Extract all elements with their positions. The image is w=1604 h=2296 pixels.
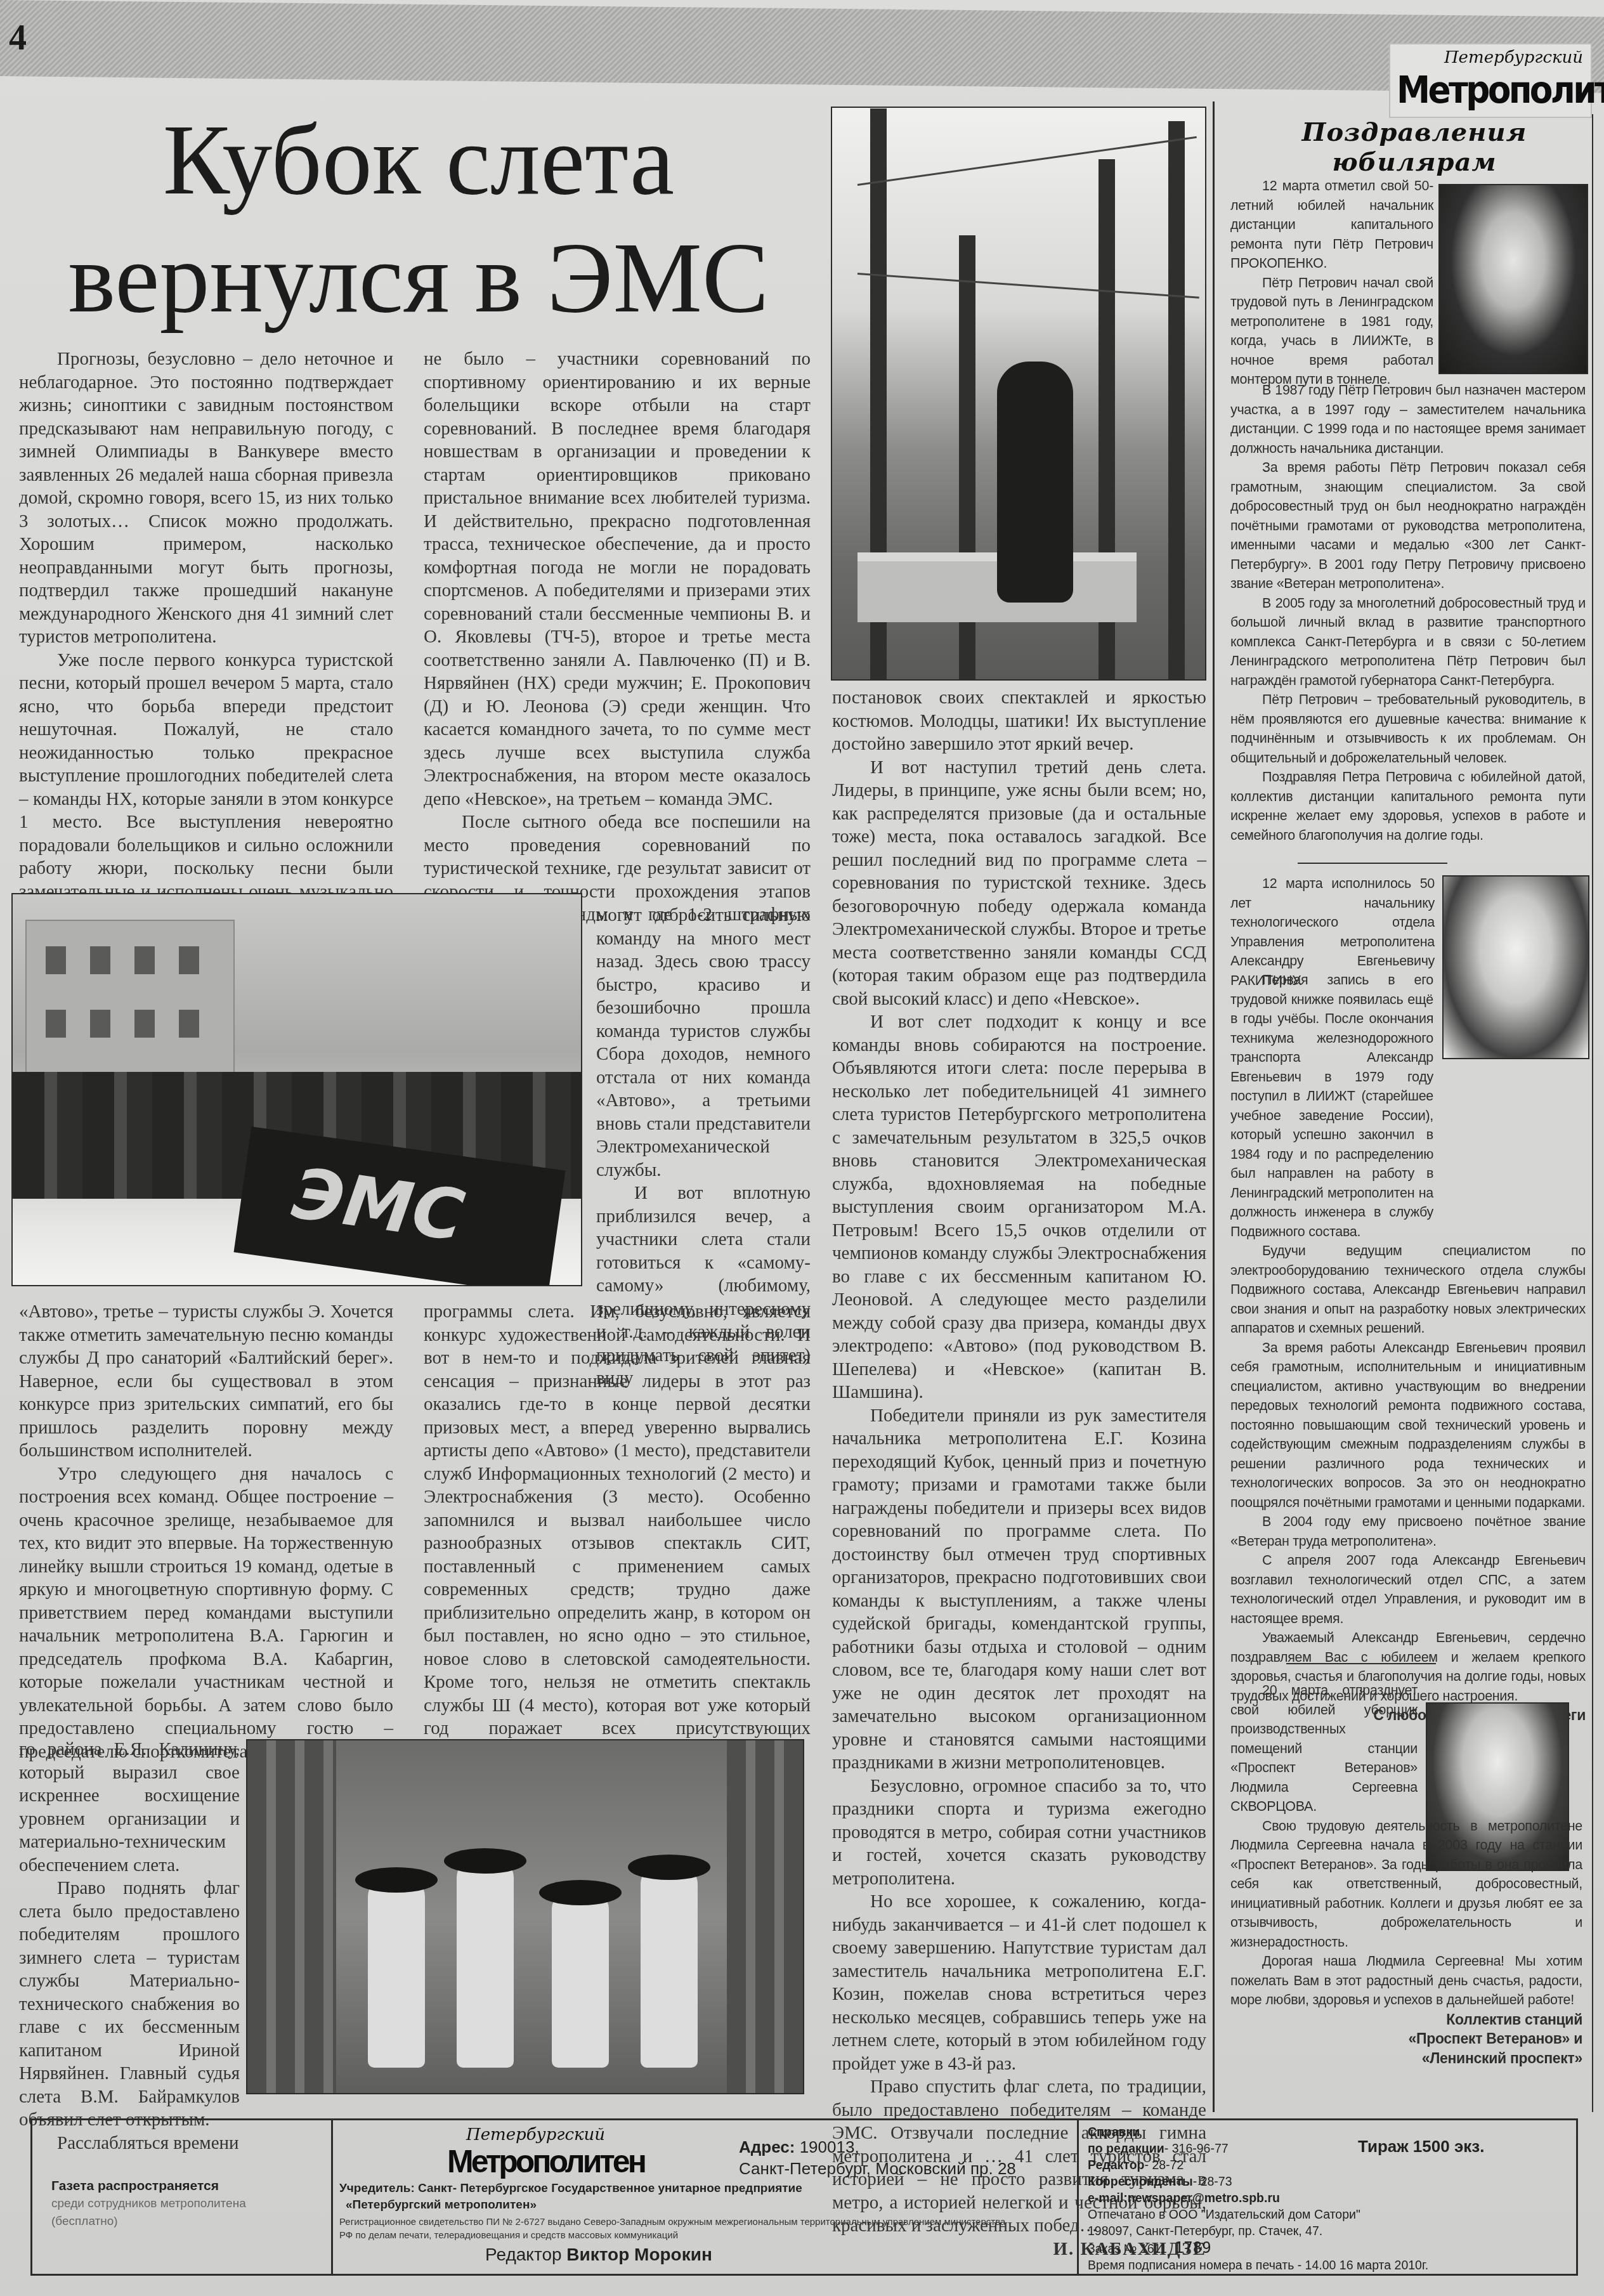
paragraph: Безусловно, огромное спасибо за то, что … bbox=[832, 1775, 1206, 1891]
greeting-separator bbox=[1286, 1663, 1436, 1664]
article-column-2-mid: программы слета. Им, безусловно, являетс… bbox=[424, 1300, 811, 1763]
registration: Регистрационное свидетельство ПИ № 2-672… bbox=[339, 2215, 1069, 2242]
article-column-1-top: Прогнозы, безусловно – дело неточное и н… bbox=[19, 348, 393, 949]
portrait-prokopenko bbox=[1438, 184, 1588, 374]
editor: Редактор Виктор Морокин bbox=[485, 2245, 712, 2265]
sidebar-right-border bbox=[1592, 114, 1593, 2112]
paragraph: В 1987 году Пётр Петрович был назначен м… bbox=[1230, 381, 1586, 458]
headline-line-1: Кубок слета bbox=[13, 101, 825, 219]
page-number: 4 bbox=[9, 18, 27, 58]
article-column-1-mid: «Автово», третье – туристы службы Э. Хоч… bbox=[19, 1300, 393, 1763]
paragraph: В 2004 году ему присвоено почётное звани… bbox=[1230, 1512, 1586, 1551]
article-headline: Кубок слета вернулся в ЭМС bbox=[13, 101, 825, 337]
logo-main: Метрополитен bbox=[1397, 68, 1604, 112]
team-photo: ЭМС bbox=[11, 893, 582, 1286]
paragraph: В 2005 году за многолетний добросовестны… bbox=[1230, 594, 1586, 691]
climber-figure bbox=[997, 362, 1073, 603]
greeting-signature-1: Коллектив станций bbox=[1230, 2010, 1582, 2030]
handwritten-number: 1789 bbox=[1175, 2239, 1211, 2257]
paragraph: Утро следующего дня началось с построени… bbox=[19, 1463, 393, 1764]
ropes-course-photo bbox=[831, 107, 1206, 681]
greeting-1-body: В 1987 году Пётр Петрович был назначен м… bbox=[1230, 381, 1586, 845]
paragraph: Победители приняли из рук заместителя на… bbox=[832, 1404, 1206, 1775]
paragraph: могут отбросить сильную команду на много… bbox=[596, 904, 811, 1182]
paragraph: постановок своих спектаклей и яркостью к… bbox=[832, 686, 1206, 756]
paragraph: программы слета. Им, безусловно, являетс… bbox=[424, 1300, 811, 1763]
headline-line-2: вернулся в ЭМС bbox=[13, 219, 825, 337]
masthead-footer: Газета распространяется среди сотруднико… bbox=[30, 2118, 1578, 2276]
paragraph: «Автово», третье – туристы службы Э. Хоч… bbox=[19, 1300, 393, 1463]
paragraph: Дорогая наша Людмила Сергеевна! Мы хотим… bbox=[1230, 1952, 1582, 2010]
greeting-signature-2: «Проспект Ветеранов» и bbox=[1230, 2029, 1582, 2049]
greeting-intro: 20 марта отпразднует свой юбилей уборщик… bbox=[1230, 1681, 1582, 1817]
circulation: Тираж 1500 экз. bbox=[1358, 2138, 1484, 2155]
distribution-info: Газета распространяется среди сотруднико… bbox=[32, 2120, 333, 2274]
greeting-intro: 12 марта отметил свой 50-летний юбилей н… bbox=[1230, 176, 1433, 273]
greeting-3-body: 20 марта отпразднует свой юбилей уборщик… bbox=[1230, 1681, 1582, 2068]
founder: Учредитель: Санкт- Петербургское Государ… bbox=[339, 2181, 802, 2214]
paragraph: За время работы Александр Евгеньевич про… bbox=[1230, 1338, 1586, 1513]
greeting-1-wrap: 12 марта отметил свой 50-летний юбилей н… bbox=[1230, 176, 1433, 389]
paragraph: Поздравляя Петра Петровича с юбилейной д… bbox=[1230, 767, 1586, 845]
paragraph: го района Е.Я. Калинину, который выразил… bbox=[19, 1738, 240, 1877]
publisher-info: Петербургский Метрополитен Адрес: 190013… bbox=[333, 2120, 1079, 2274]
paragraph: И вот наступил третий день слета. Лидеры… bbox=[832, 756, 1206, 1011]
paragraph: Право поднять флаг слета было предоставл… bbox=[19, 1877, 240, 2132]
paragraph: Свою трудовую деятельность в метрополите… bbox=[1230, 1817, 1582, 1952]
newspaper-page: 4 Петербургский Метрополитен Кубок слета… bbox=[0, 0, 1604, 2296]
paragraph: Пётр Петрович начал свой трудовой путь в… bbox=[1230, 273, 1433, 389]
paragraph: Пётр Петрович – требовательный руководит… bbox=[1230, 690, 1586, 767]
distribution-line: среди сотрудников метрополитена bbox=[51, 2195, 331, 2213]
paragraph: Но все хорошее, к сожалению, когда-нибуд… bbox=[832, 1890, 1206, 2075]
newspaper-logo: Петербургский Метрополитен bbox=[1389, 43, 1592, 118]
paragraph: Будучи ведущим специалистом по электрооб… bbox=[1230, 1241, 1586, 1338]
contact-info: Справки по редакции- 316-96-77 Редактор-… bbox=[1079, 2120, 1578, 2274]
greeting-separator bbox=[1298, 863, 1447, 864]
paragraph: С апреля 2007 года Александр Евгеньевич … bbox=[1230, 1551, 1586, 1628]
paragraph: За время работы Пётр Петрович показал се… bbox=[1230, 458, 1586, 594]
sidebar-title: Поздравления юбилярам bbox=[1243, 117, 1586, 177]
article-column-3: постановок своих спектаклей и яркостью к… bbox=[832, 686, 1206, 2260]
greeting-2-body: Первая запись в его трудовой книжке появ… bbox=[1230, 970, 1586, 1725]
distribution-title: Газета распространяется bbox=[51, 2177, 331, 2195]
sidebar-divider bbox=[1213, 101, 1215, 2112]
logo-script: Петербургский bbox=[1444, 48, 1583, 67]
stage-performance-photo bbox=[246, 1739, 804, 2094]
paragraph: не было – участники соревнований по спор… bbox=[424, 348, 811, 811]
address: Адрес: 190013, Санкт-Петербург, Московск… bbox=[739, 2136, 1016, 2179]
paragraph: Прогнозы, безусловно – дело неточное и н… bbox=[19, 348, 393, 649]
header-band bbox=[0, 0, 1604, 93]
paragraph: И вот слет подходит к концу и все команд… bbox=[832, 1010, 1206, 1404]
paragraph: Первая запись в его трудовой книжке появ… bbox=[1230, 970, 1586, 1241]
article-column-1-bottom: го района Е.Я. Калинину, который выразил… bbox=[19, 1738, 240, 2155]
distribution-line: (бесплатно) bbox=[51, 2213, 331, 2231]
email-link[interactable]: e-mail:newspaper@metro.spb.ru bbox=[1088, 2191, 1280, 2205]
article-column-2-top: не было – участники соревнований по спор… bbox=[424, 348, 811, 949]
greeting-signature-3: «Ленинский проспект» bbox=[1230, 2049, 1582, 2068]
